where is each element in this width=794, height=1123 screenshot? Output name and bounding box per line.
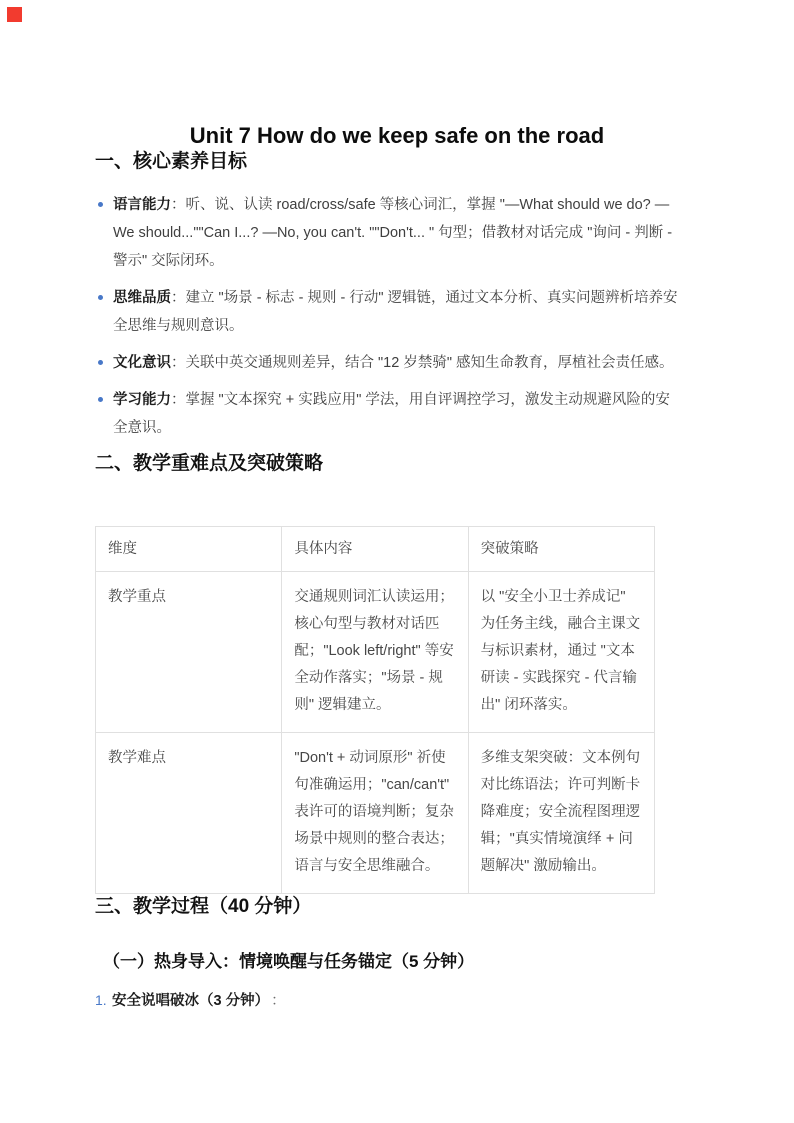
goal-label: 思维品质	[113, 290, 171, 306]
table-cell: 多维支架突破：文本例句对比练语法；许可判断卡降难度；安全流程图理逻辑；"真实情境…	[468, 733, 654, 894]
document-page: Unit 7 How do we keep safe on the road 一…	[0, 0, 794, 1123]
table-cell: 交通规则词汇认读运用；核心句型与教材对话匹配；"Look left/right"…	[282, 572, 468, 733]
goal-text: ：建立 "场景 - 标志 - 规则 - 行动" 逻辑链，通过文本分析、真实问题辨…	[113, 290, 678, 334]
red-corner-marker	[7, 7, 22, 22]
section-2-heading: 二、教学重难点及突破策略	[95, 451, 684, 476]
document-title: Unit 7 How do we keep safe on the road	[0, 0, 794, 149]
table-cell: "Don't + 动词原形" 祈使句准确运用；"can/can't" 表许可的语…	[282, 733, 468, 894]
goal-label: 学习能力	[113, 392, 171, 408]
section-1-heading: 一、核心素养目标	[95, 149, 684, 174]
item-number: 1.	[95, 990, 112, 1010]
goal-item-learning: 学习能力：掌握 "文本探究 + 实践应用" 学法，用自评调控学习，激发主动规避风…	[95, 386, 684, 442]
bullet-dot-icon	[98, 202, 103, 207]
table-header-dimension: 维度	[96, 527, 282, 572]
table-header-row: 维度 具体内容 突破策略	[96, 527, 655, 572]
goal-item-thinking: 思维品质：建立 "场景 - 标志 - 规则 - 行动" 逻辑链，通过文本分析、真…	[95, 284, 684, 340]
table-cell: 教学难点	[96, 733, 282, 894]
table-cell: 教学重点	[96, 572, 282, 733]
bullet-dot-icon	[98, 397, 103, 402]
table-header-strategy: 突破策略	[468, 527, 654, 572]
bullet-dot-icon	[98, 295, 103, 300]
bullet-dot-icon	[98, 360, 103, 365]
item-colon: ：	[271, 991, 286, 1011]
numbered-item-1: 1. 安全说唱破冰（3 分钟） ：	[95, 990, 684, 1011]
table-header-content: 具体内容	[282, 527, 468, 572]
item-label: 安全说唱破冰（3 分钟）	[112, 991, 269, 1011]
goal-text: ：关联中英交通规则差异，结合 "12 岁禁骑" 感知生命教育，厚植社会责任感。	[171, 355, 674, 371]
table-cell: 以 "安全小卫士养成记" 为任务主线，融合主课文与标识素材，通过 "文本研读 -…	[468, 572, 654, 733]
section-3-heading: 三、教学过程（40 分钟）	[95, 894, 684, 919]
goal-text: ：掌握 "文本探究 + 实践应用" 学法，用自评调控学习，激发主动规避风险的安全…	[113, 392, 670, 436]
goal-item-language: 语言能力：听、说、认读 road/cross/safe 等核心词汇，掌握 "—W…	[95, 191, 684, 275]
subsection-1-heading: （一）热身导入：情境唤醒与任务锚定（5 分钟）	[103, 950, 684, 973]
goal-label: 语言能力	[113, 197, 171, 213]
document-body: 一、核心素养目标 语言能力：听、说、认读 road/cross/safe 等核心…	[0, 149, 794, 1011]
goal-text: ：听、说、认读 road/cross/safe 等核心词汇，掌握 "—What …	[113, 197, 672, 269]
difficulty-strategy-table: 维度 具体内容 突破策略 教学重点 交通规则词汇认读运用；核心句型与教材对话匹配…	[95, 526, 655, 894]
core-goals-list: 语言能力：听、说、认读 road/cross/safe 等核心词汇，掌握 "—W…	[95, 191, 684, 442]
table-row-difficult-points: 教学难点 "Don't + 动词原形" 祈使句准确运用；"can/can't" …	[96, 733, 655, 894]
table-row-key-points: 教学重点 交通规则词汇认读运用；核心句型与教材对话匹配；"Look left/r…	[96, 572, 655, 733]
goal-label: 文化意识	[113, 355, 171, 371]
goal-item-culture: 文化意识：关联中英交通规则差异，结合 "12 岁禁骑" 感知生命教育，厚植社会责…	[95, 349, 684, 377]
